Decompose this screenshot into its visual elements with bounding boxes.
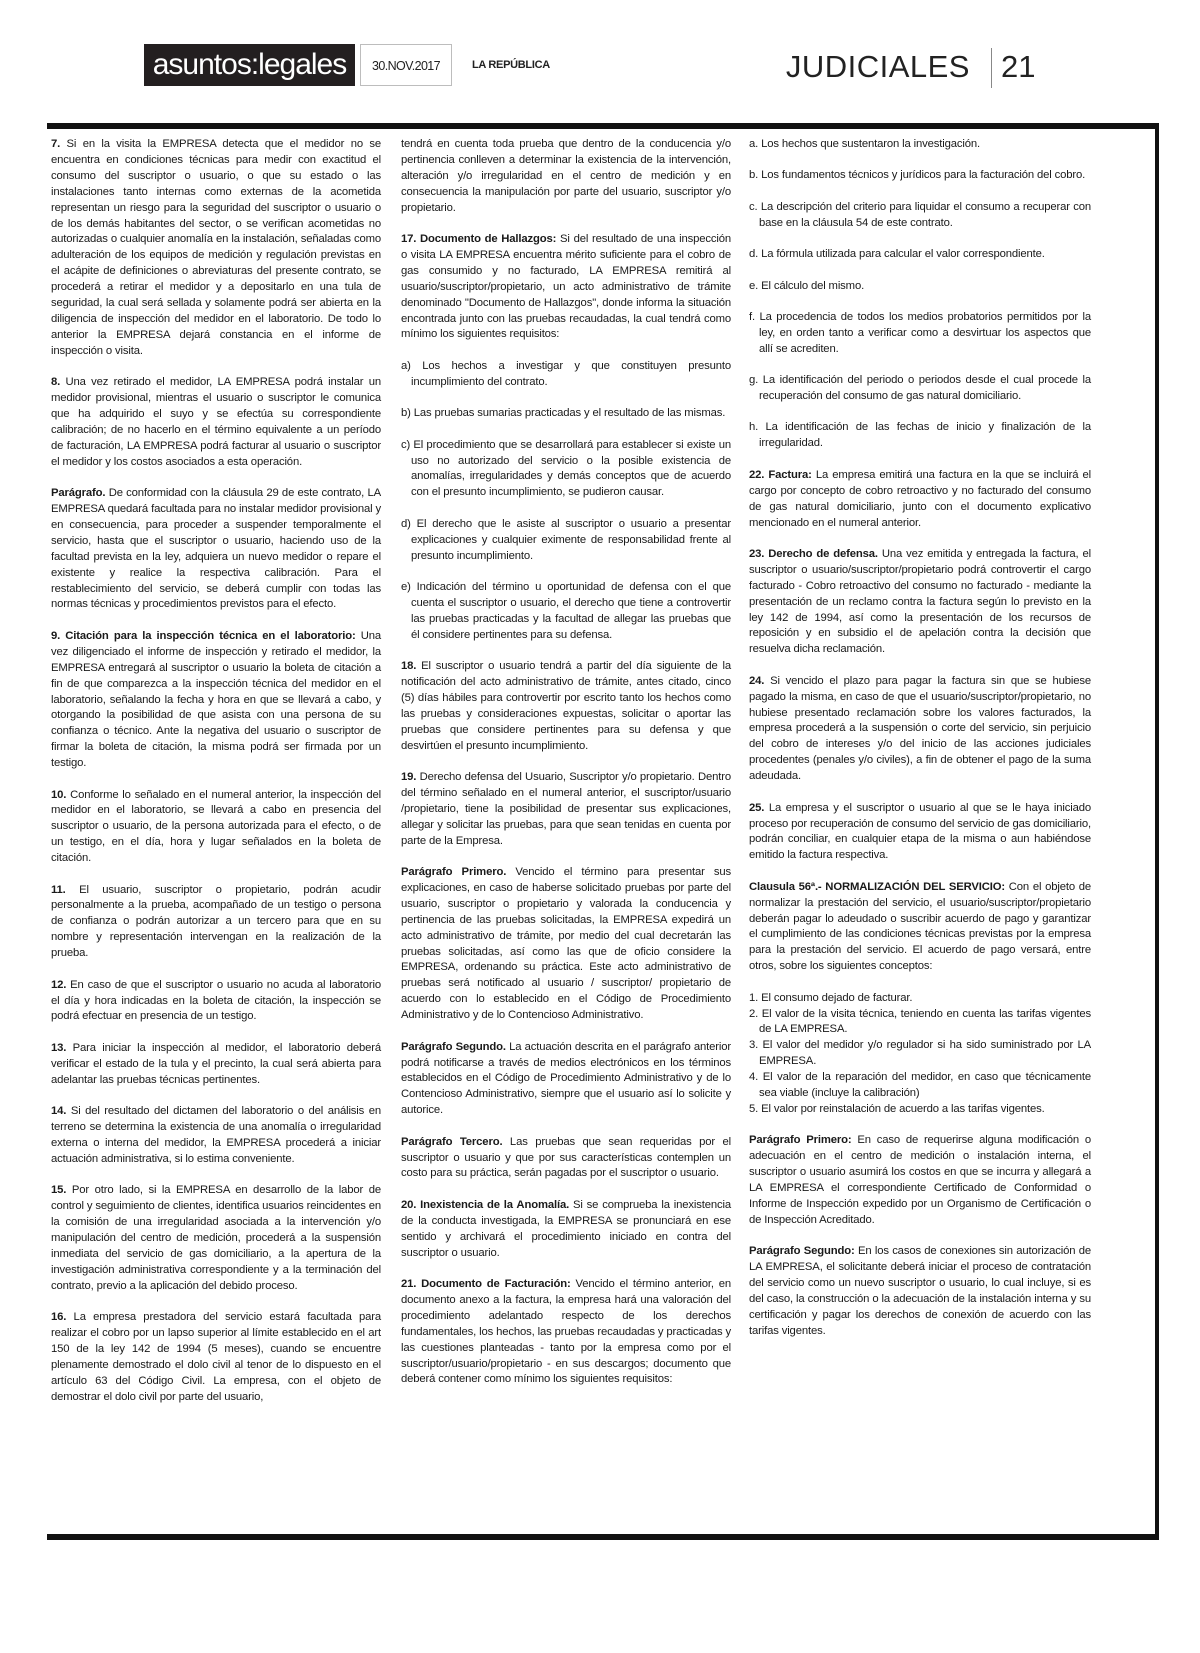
header-divider <box>991 48 992 88</box>
clause-19-paragrafo-primero: Parágrafo Primero. Vencido el término pa… <box>401 865 731 1024</box>
clause-15: 15. Por otro lado, si la EMPRESA en desa… <box>51 1183 381 1294</box>
clause-56: Clausula 56ª.- NORMALIZACIÓN DEL SERVICI… <box>749 880 1091 975</box>
column-2: tendrá en cuenta toda prueba que dentro … <box>401 137 731 1404</box>
clause-8-paragrafo: Parágrafo. De conformidad con la cláusul… <box>51 486 381 613</box>
clause-56-paragrafo-segundo: Parágrafo Segundo: En los casos de conex… <box>749 1244 1091 1339</box>
clause-14: 14. Si del resultado del dictamen del la… <box>51 1104 381 1168</box>
clause-19: 19. Derecho defensa del Usuario, Suscrip… <box>401 770 731 850</box>
clause-21-item-b: b. Los fundamentos técnicos y jurídicos … <box>749 168 1091 184</box>
clause-17-item-b: b) Las pruebas sumarias practicadas y el… <box>401 406 731 422</box>
clause-18: 18. El suscriptor o usuario tendrá a par… <box>401 659 731 754</box>
clause-16: 16. La empresa prestadora del servicio e… <box>51 1310 381 1405</box>
page-number: 21 <box>1001 44 1035 90</box>
clause-21: 21. Documento de Facturación: Vencido el… <box>401 1277 731 1388</box>
clause-56-item-1: 1. El consumo dejado de facturar. <box>749 991 1091 1007</box>
clause-24: 24. Si vencido el plazo para pagar la fa… <box>749 674 1091 785</box>
clause-16-continued: tendrá en cuenta toda prueba que dentro … <box>401 137 731 217</box>
clause-56-item-4: 4. El valor de la reparación del medidor… <box>749 1070 1091 1102</box>
publication-date: 30.NOV.2017 <box>360 44 452 86</box>
section-title: JUDICIALES <box>786 44 970 90</box>
clause-21-item-c: c. La descripción del criterio para liqu… <box>749 200 1091 232</box>
newspaper-name: LA REPÚBLICA <box>472 44 550 86</box>
clause-17-item-e: e) Indicación del término u oportunidad … <box>401 580 731 644</box>
column-1: 7. Si en la visita la EMPRESA detecta qu… <box>51 137 381 1421</box>
clause-56-list: 1. El consumo dejado de facturar. 2. El … <box>749 991 1091 1118</box>
clause-23: 23. Derecho de defensa. Una vez emitida … <box>749 547 1091 658</box>
clause-21-item-f: f. La procedencia de todos los medios pr… <box>749 310 1091 358</box>
clause-17-item-d: d) El derecho que le asiste al suscripto… <box>401 517 731 565</box>
clause-9: 9. Citación para la inspección técnica e… <box>51 629 381 772</box>
clause-20: 20. Inexistencia de la Anomalía. Si se c… <box>401 1198 731 1262</box>
clause-10: 10. Conforme lo señalado en el numeral a… <box>51 788 381 868</box>
clause-11: 11. El usuario, suscriptor o propietario… <box>51 883 381 963</box>
clause-17: 17. Documento de Hallazgos: Si del resul… <box>401 232 731 343</box>
clause-8: 8. Una vez retirado el medidor, LA EMPRE… <box>51 375 381 470</box>
clause-17-item-a: a) Los hechos a investigar y que constit… <box>401 359 731 391</box>
clause-7: 7. Si en la visita la EMPRESA detecta qu… <box>51 137 381 360</box>
clause-56-item-5: 5. El valor por reinstalación de acuerdo… <box>749 1102 1091 1118</box>
clause-19-paragrafo-tercero: Parágrafo Tercero. Las pruebas que sean … <box>401 1135 731 1183</box>
masthead: asuntos:legales 30.NOV.2017 LA REPÚBLICA… <box>0 44 1200 92</box>
brand-logo: asuntos:legales <box>144 44 355 86</box>
column-3: a. Los hechos que sustentaron la investi… <box>749 137 1091 1355</box>
clause-56-item-3: 3. El valor del medidor y/o regulador si… <box>749 1038 1091 1070</box>
clause-21-item-e: e. El cálculo del mismo. <box>749 279 1091 295</box>
clause-21-item-g: g. La identificación del periodo o perio… <box>749 373 1091 405</box>
clause-21-item-d: d. La fórmula utilizada para calcular el… <box>749 247 1091 263</box>
legal-notice-box: 7. Si en la visita la EMPRESA detecta qu… <box>47 123 1159 1540</box>
clause-19-paragrafo-segundo: Parágrafo Segundo. La actuación descrita… <box>401 1040 731 1120</box>
clause-12: 12. En caso de que el suscriptor o usuar… <box>51 978 381 1026</box>
clause-56-paragrafo-primero: Parágrafo Primero: En caso de requerirse… <box>749 1133 1091 1228</box>
clause-17-item-c: c) El procedimiento que se desarrollará … <box>401 438 731 502</box>
clause-25: 25. La empresa y el suscriptor o usuario… <box>749 801 1091 865</box>
clause-56-item-2: 2. El valor de la visita técnica, tenien… <box>749 1007 1091 1039</box>
clause-21-item-h: h. La identificación de las fechas de in… <box>749 420 1091 452</box>
clause-22: 22. Factura: La empresa emitirá una fact… <box>749 468 1091 532</box>
clause-13: 13. Para iniciar la inspección al medido… <box>51 1041 381 1089</box>
clause-21-item-a: a. Los hechos que sustentaron la investi… <box>749 137 1091 153</box>
